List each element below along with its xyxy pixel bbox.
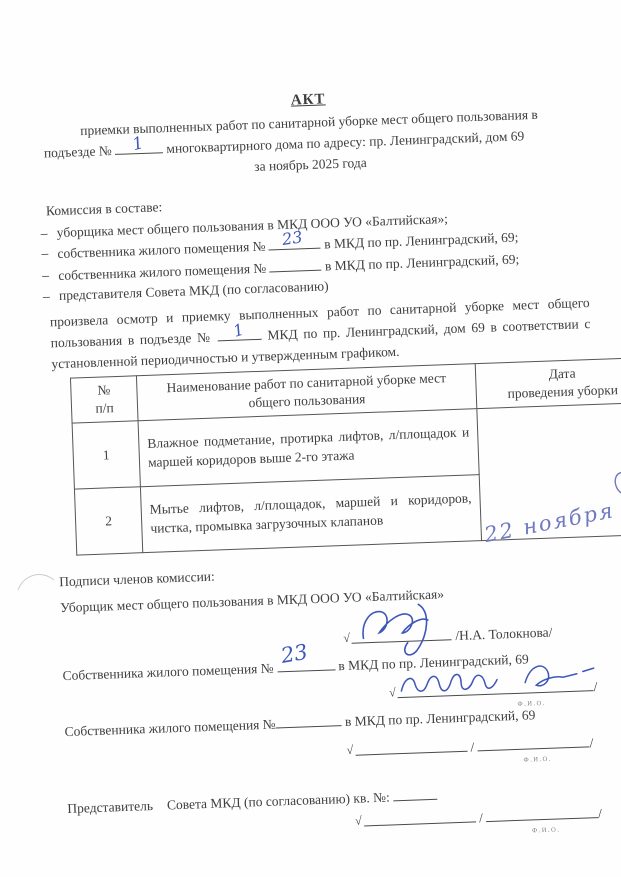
header-num: № п/п	[70, 375, 138, 422]
document-body: АКТ приемки выполненных работ по санитар…	[28, 80, 614, 844]
header-date-line2: проведения уборки	[507, 382, 618, 401]
tick-mark: √	[343, 630, 350, 644]
owner1-signature-row: √ / Ф.И.О.	[389, 676, 598, 705]
list-dash: –	[32, 223, 57, 244]
representative-rest: Совета МКД (по согласованию) кв. №:	[167, 790, 390, 813]
cleaner-printed-name: /Н.А. Толокнова/	[455, 624, 553, 642]
closing-slash: /	[589, 735, 593, 750]
header-num-line2: п/п	[95, 400, 114, 416]
list-dash: –	[35, 286, 60, 307]
handwritten-apartment-number: 23	[281, 227, 304, 250]
entrance-number-blank: 1	[115, 138, 164, 155]
owner2-caption-post: в МКД по пр. Ленинградский, 69	[345, 707, 536, 729]
owner1-caption-post: в МКД по пр. Ленинградский, 69	[338, 651, 529, 673]
intro-line2-pre: подъезде №	[44, 143, 112, 160]
handwritten-cleaning-date: 22 ноября	[483, 500, 616, 545]
representative-word: Представитель	[67, 798, 153, 816]
list-dash: –	[34, 265, 59, 287]
representative-apartment-blank	[393, 785, 438, 802]
tick-mark: √	[346, 742, 353, 756]
header-num-line1: №	[97, 382, 110, 397]
owner1-apartment-blank: 23	[277, 655, 335, 672]
apartment-number-blank: 23	[268, 234, 321, 251]
header-date-line1: Дата	[548, 365, 575, 381]
tick-mark: √	[355, 813, 362, 827]
owner2-signature-row: √ / / Ф.И.О.	[346, 732, 593, 762]
handwritten-owner1-apartment: 23	[279, 642, 309, 667]
owner1-signature-blank	[397, 676, 593, 698]
list-dash: –	[33, 243, 58, 265]
fio-label: Ф.И.О.	[532, 820, 561, 842]
fio-label: Ф.И.О.	[517, 693, 546, 715]
closing-slash: /	[598, 805, 602, 820]
row2-work: Мытье лифтов, л/площадок, маршей и корид…	[140, 474, 481, 552]
closing-slash: /	[593, 679, 597, 694]
owner2-caption-pre: Собственника жилого помещения №	[64, 717, 276, 740]
representative-name-blank	[486, 803, 598, 822]
owner2-apartment-blank	[275, 711, 341, 728]
apartment-number-blank-empty	[269, 255, 322, 272]
owner1-caption-pre: Собственника жилого помещения №	[62, 661, 274, 684]
entrance-number-blank-2: 1	[217, 324, 262, 341]
cleaner-signature-blank	[352, 625, 452, 644]
separator-slash: /	[470, 739, 474, 754]
row1-work: Влажное подметание, протирка лифтов, л/п…	[138, 408, 479, 486]
owner2-signature-blank	[355, 736, 467, 755]
row2-num: 2	[74, 486, 142, 554]
work-table: № п/п Наименование работ по санитарной у…	[70, 356, 621, 555]
owner2-name-blank	[477, 732, 589, 751]
cleaner-signature-row: √ /Н.А. Толокнова/	[343, 621, 553, 650]
header-date: Дата проведения уборки	[475, 357, 621, 408]
scanned-document: { "colors": { "ink_blue_dark": "#3e57b8"…	[0, 0, 621, 877]
separator-slash: /	[479, 810, 483, 825]
spacing-gap	[153, 809, 167, 810]
date-cell: 22 ноября	[477, 402, 621, 540]
row1-num: 1	[72, 420, 140, 488]
fio-label: Ф.И.О.	[523, 749, 552, 771]
representative-signature-blank	[363, 807, 475, 826]
tick-mark: √	[389, 685, 396, 699]
